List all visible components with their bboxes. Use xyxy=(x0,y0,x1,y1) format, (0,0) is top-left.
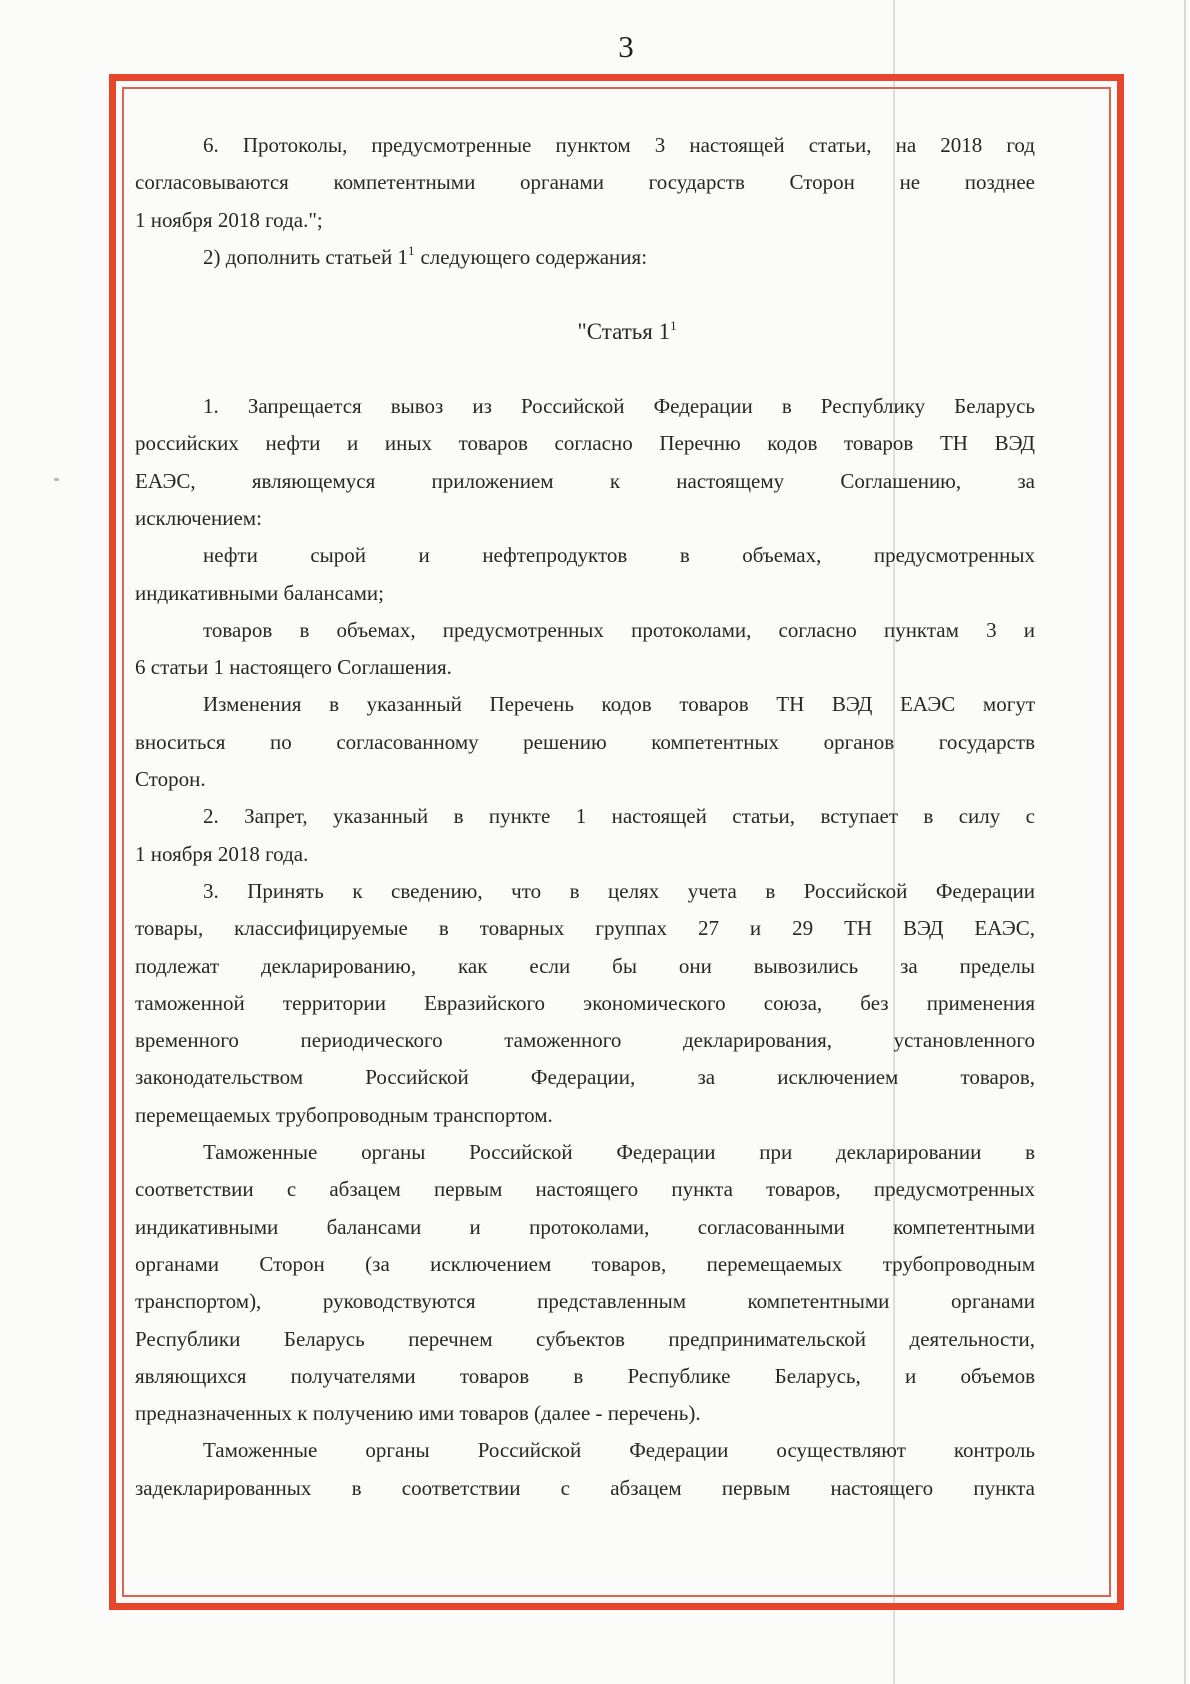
text-line: согласовываются компетентными органами г… xyxy=(135,164,1035,201)
blank-line xyxy=(135,351,1035,388)
text-line: Республики Беларусь перечнем субъектов п… xyxy=(135,1321,1035,1358)
scanned-document-page: 3 6. Протоколы, предусмотренные пунктом … xyxy=(0,0,1190,1684)
text-line: 2) дополнить статьей 11следующего содерж… xyxy=(135,239,1035,276)
scan-artifact-line xyxy=(1184,0,1186,1684)
text-line: нефти сырой и нефтепродуктов в объемах, … xyxy=(135,537,1035,574)
text-line: вноситься по согласованному решению комп… xyxy=(135,724,1035,761)
text-line: Таможенные органы Российской Федерации о… xyxy=(135,1432,1035,1469)
text-line: органами Сторон (за исключением товаров,… xyxy=(135,1246,1035,1283)
text-line: 1 ноября 2018 года. xyxy=(135,836,1035,873)
text-line: 1. Запрещается вывоз из Российской Федер… xyxy=(135,388,1035,425)
article-heading-text: "Статья 1 xyxy=(577,319,670,344)
text-line: 6 статьи 1 настоящего Соглашения. xyxy=(135,649,1035,686)
text-line: подлежат декларированию, как если бы они… xyxy=(135,948,1035,985)
text-line: перемещаемых трубопроводным транспортом. xyxy=(135,1097,1035,1134)
text-line: 6. Протоколы, предусмотренные пунктом 3 … xyxy=(135,127,1035,164)
text-line: предназначенных к получению ими товаров … xyxy=(135,1395,1035,1432)
text-line: законодательством Российской Федерации, … xyxy=(135,1059,1035,1096)
scan-artifact-dot xyxy=(54,478,59,481)
superscript: 1 xyxy=(670,318,677,333)
text-segment: следующего содержания: xyxy=(420,245,647,269)
text-line: задекларированных в соответствии с абзац… xyxy=(135,1470,1035,1507)
superscript: 1 xyxy=(408,243,415,258)
text-line: Таможенные органы Российской Федерации п… xyxy=(135,1134,1035,1171)
text-line: 1 ноября 2018 года."; xyxy=(135,202,1035,239)
text-line: 2. Запрет, указанный в пункте 1 настояще… xyxy=(135,798,1035,835)
text-line: Изменения в указанный Перечень кодов тов… xyxy=(135,686,1035,723)
article-heading: "Статья 11 xyxy=(177,313,1077,350)
text-line: 3. Принять к сведению, что в целях учета… xyxy=(135,873,1035,910)
text-line: Сторон. xyxy=(135,761,1035,798)
document-text: 6. Протоколы, предусмотренные пунктом 3 … xyxy=(135,127,1035,1507)
text-line: товаров в объемах, предусмотренных прото… xyxy=(135,612,1035,649)
text-line: товары, классифицируемые в товарных груп… xyxy=(135,910,1035,947)
text-segment: 2) дополнить статьей 1 xyxy=(203,245,408,269)
text-line: таможенной территории Евразийского эконо… xyxy=(135,985,1035,1022)
text-line: исключением: xyxy=(135,500,1035,537)
blank-line xyxy=(135,276,1035,313)
text-line: ЕАЭС, являющемуся приложением к настояще… xyxy=(135,463,1035,500)
page-number: 3 xyxy=(618,31,634,62)
text-line: являющихся получателями товаров в Респуб… xyxy=(135,1358,1035,1395)
text-line: транспортом), руководствуются представле… xyxy=(135,1283,1035,1320)
text-line: временного периодического таможенного де… xyxy=(135,1022,1035,1059)
text-line: индикативными балансами и протоколами, с… xyxy=(135,1209,1035,1246)
text-line: российских нефти и иных товаров согласно… xyxy=(135,425,1035,462)
text-line: индикативными балансами; xyxy=(135,575,1035,612)
text-line: соответствии с абзацем первым настоящего… xyxy=(135,1171,1035,1208)
